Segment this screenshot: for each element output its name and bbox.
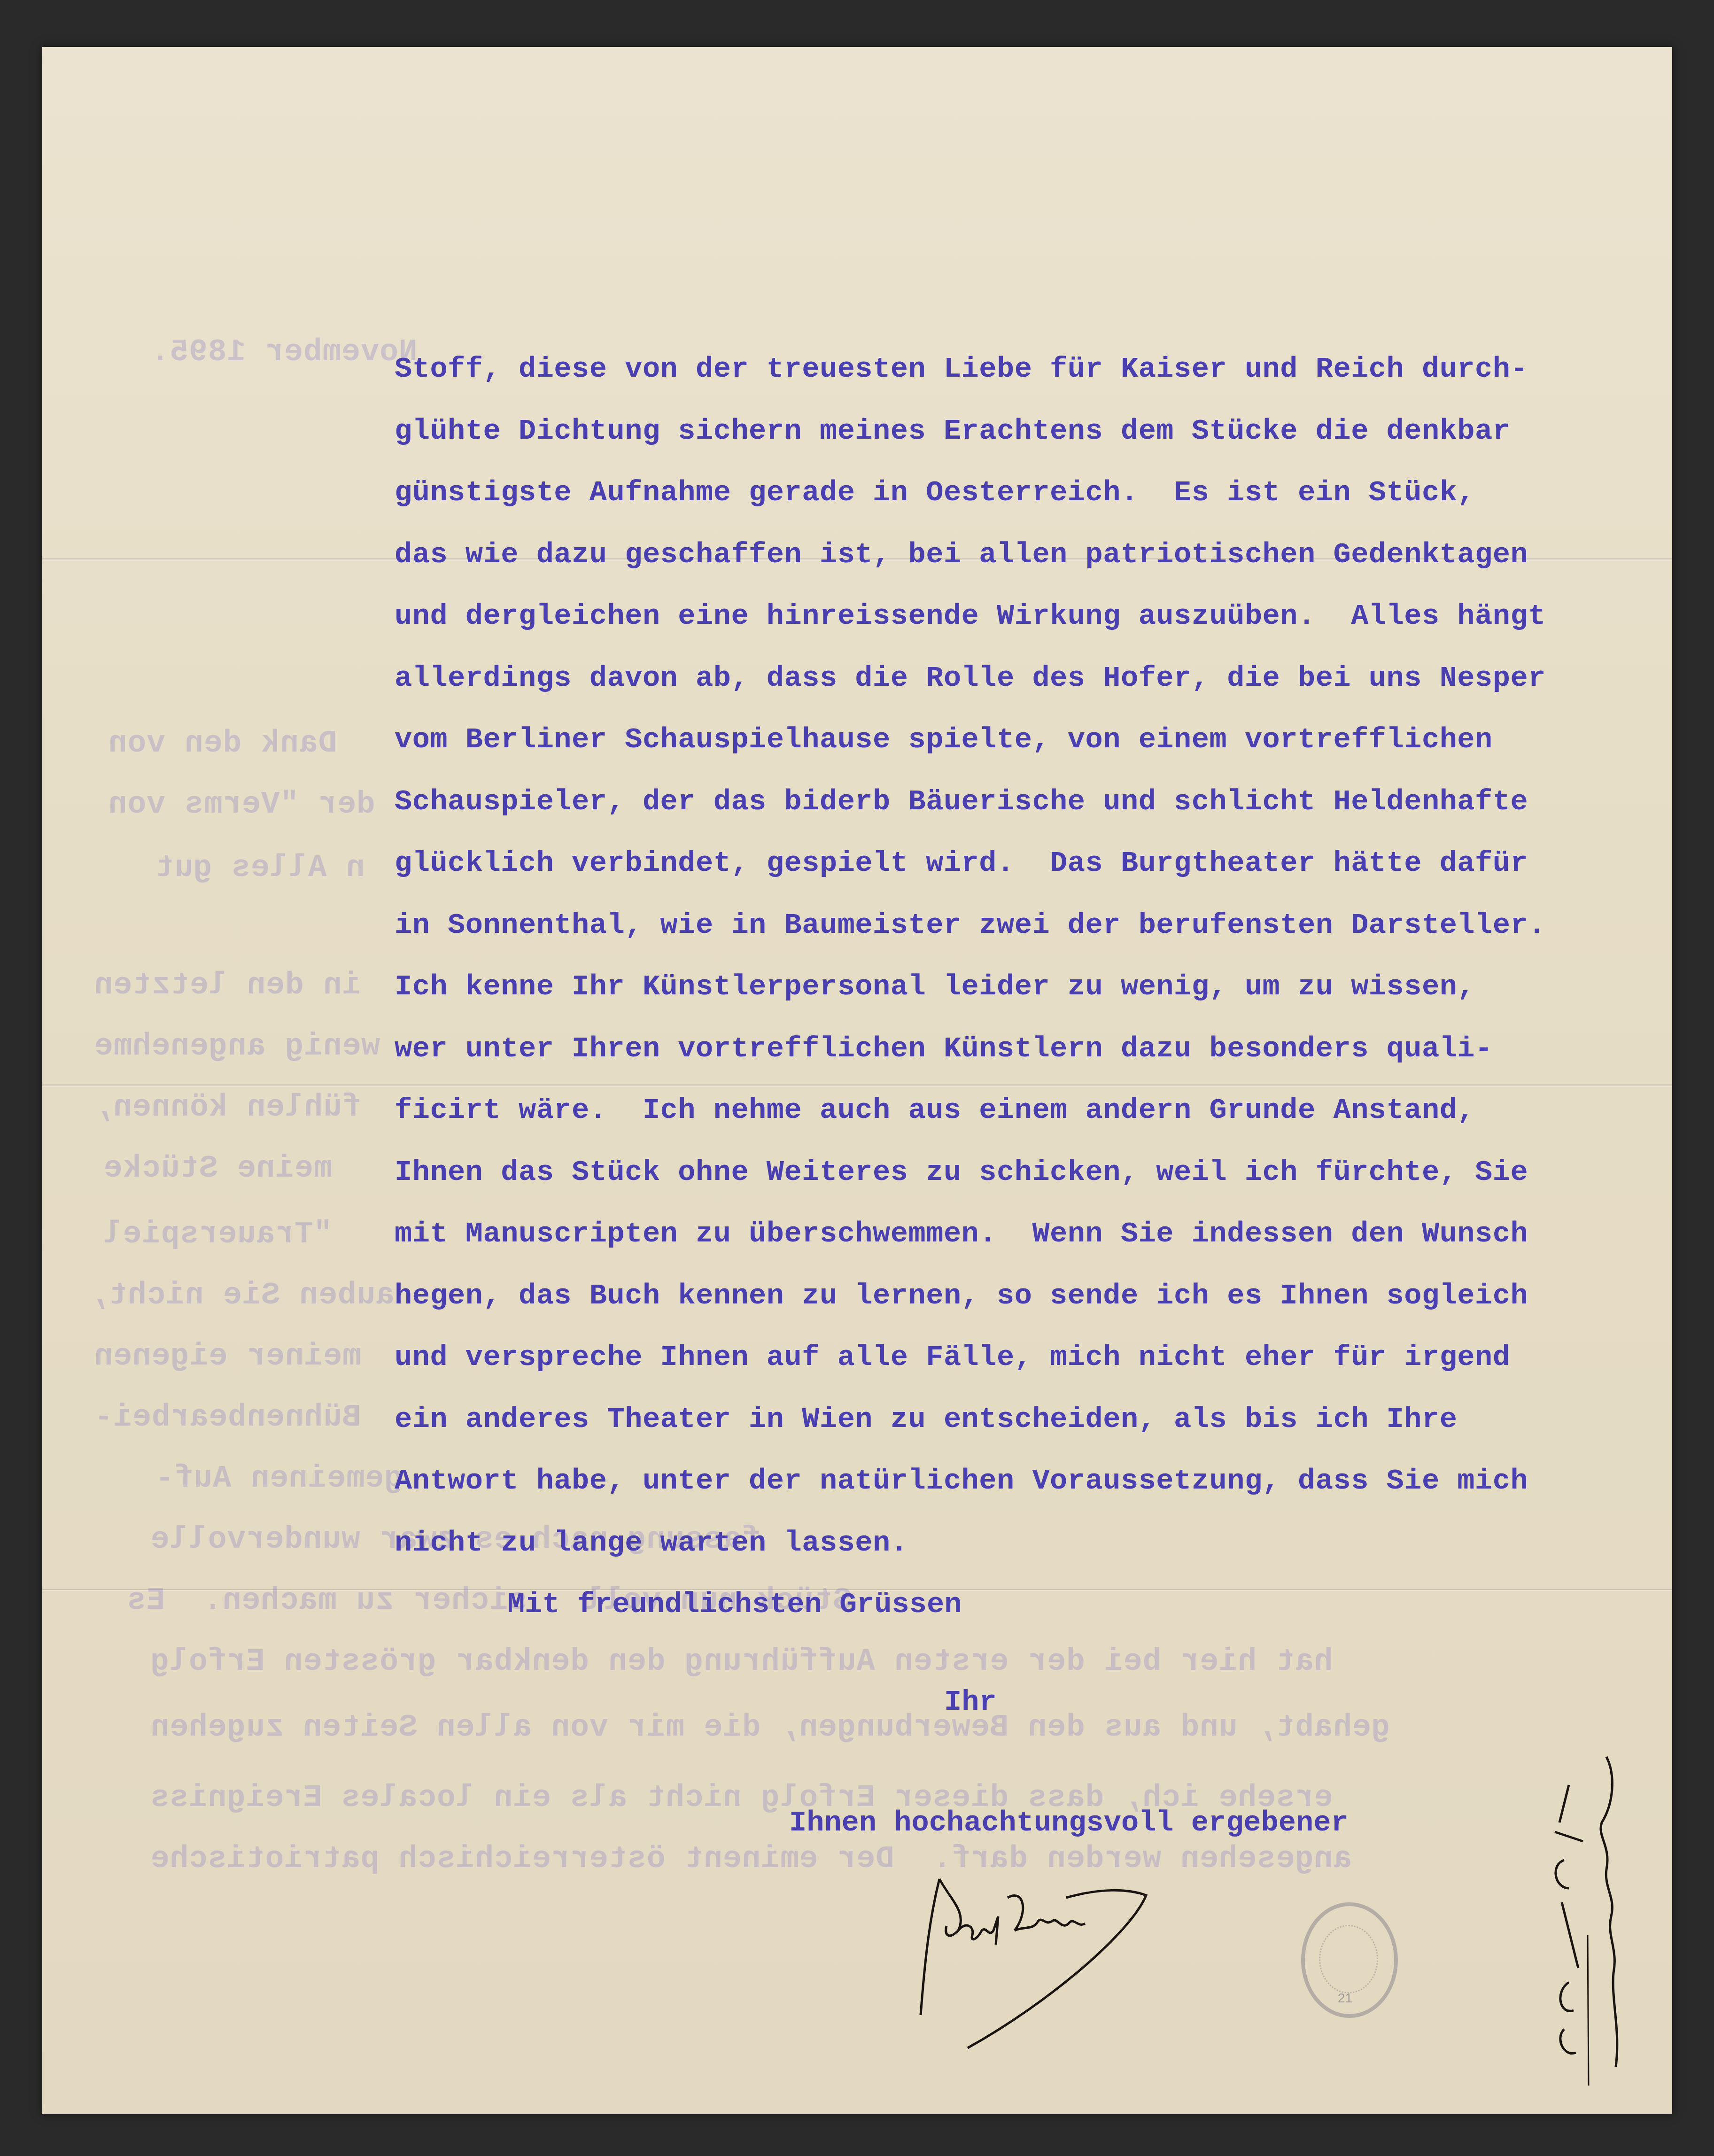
body-line: und verspreche Ihnen auf alle Fälle, mic… <box>395 1326 1597 1388</box>
body-line: ein anderes Theater in Wien zu entscheid… <box>395 1388 1597 1450</box>
body-line: mit Manuscripten zu überschwemmen. Wenn … <box>395 1203 1597 1265</box>
bleed-through-line: hat hier bei der ersten Aufführung den d… <box>150 1644 1333 1679</box>
body-line: Antwort habe, unter der natürlichen Vora… <box>395 1450 1597 1512</box>
bleed-through-line: Dank den von <box>108 726 337 761</box>
body-line: Ich kenne Ihr Künstlerpersonal leider zu… <box>395 956 1597 1018</box>
letter-page: November 1895. Dank den von der "Verms v… <box>42 47 1672 2114</box>
body-line: günstigste Aufnahme gerade in Oesterreic… <box>395 462 1597 524</box>
body-line: Schauspieler, der das biderb Bäuerische … <box>395 771 1597 833</box>
body-line: glücklich verbindet, gespielt wird. Das … <box>395 832 1597 894</box>
greeting: Mit freundlichsten Grüssen <box>507 1588 962 1621</box>
body-line: hegen, das Buch kennen zu lernen, so sen… <box>395 1265 1597 1327</box>
body-line: das wie dazu geschaffen ist, bei allen p… <box>395 524 1597 586</box>
bleed-through-line: auben Sie nicht, <box>89 1278 395 1313</box>
body-line: wer unter Ihren vortrefflichen Künstlern… <box>395 1018 1597 1080</box>
body-line: vom Berliner Schauspielhause spielte, vo… <box>395 709 1597 771</box>
body-line: allerdings davon ab, dass die Rolle des … <box>395 647 1597 709</box>
bleed-through-line: "Trauerspiel <box>103 1217 332 1252</box>
bleed-through-line: wenig angenehme <box>94 1029 380 1064</box>
signature <box>911 1860 1287 2057</box>
closing-formula: Ihnen hochachtungsvoll ergebener <box>789 1806 1349 1839</box>
body-line: nicht zu lange warten lassen. <box>395 1512 1597 1574</box>
bleed-through-line: fühlen können, <box>94 1090 361 1125</box>
bleed-through-line: Bühnenbearbei- <box>94 1400 361 1435</box>
body-line: Ihnen das Stück ohne Weiteres zu schicke… <box>395 1141 1597 1203</box>
closing-ihr: Ihr <box>944 1685 997 1719</box>
stamp-emblem <box>1319 1925 1378 1993</box>
bleed-through-line: gemeinen Auf- <box>155 1461 403 1496</box>
bleed-through-line: n Alles gut <box>155 850 365 885</box>
stamp-number: 21 <box>1338 1991 1352 2006</box>
bleed-through-line: gehabt, und aus den Bewerbungen, die mir… <box>150 1710 1390 1745</box>
letter-body: Stoff, diese von der treuesten Liebe für… <box>395 338 1597 1574</box>
archive-stamp: 21 <box>1301 1902 1398 2018</box>
bleed-through-line: meine Stücke <box>103 1151 332 1186</box>
body-line: und dergleichen eine hinreissende Wirkun… <box>395 585 1597 647</box>
body-line: ficirt wäre. Ich nehme auch aus einem an… <box>395 1079 1597 1141</box>
bleed-through-line: der "Verms von <box>108 787 375 822</box>
body-line: glühte Dichtung sichern meines Erachtens… <box>395 400 1597 462</box>
body-line: in Sonnenthal, wie in Baumeister zwei de… <box>395 894 1597 956</box>
body-line: Stoff, diese von der treuesten Liebe für… <box>395 338 1597 400</box>
bleed-through-line: in den letzten <box>94 968 361 1003</box>
bleed-through-line: meiner eigenen <box>94 1339 361 1374</box>
handwritten-marginal-note <box>1536 1747 1639 2086</box>
bleed-through-line: November 1895. <box>150 334 418 370</box>
